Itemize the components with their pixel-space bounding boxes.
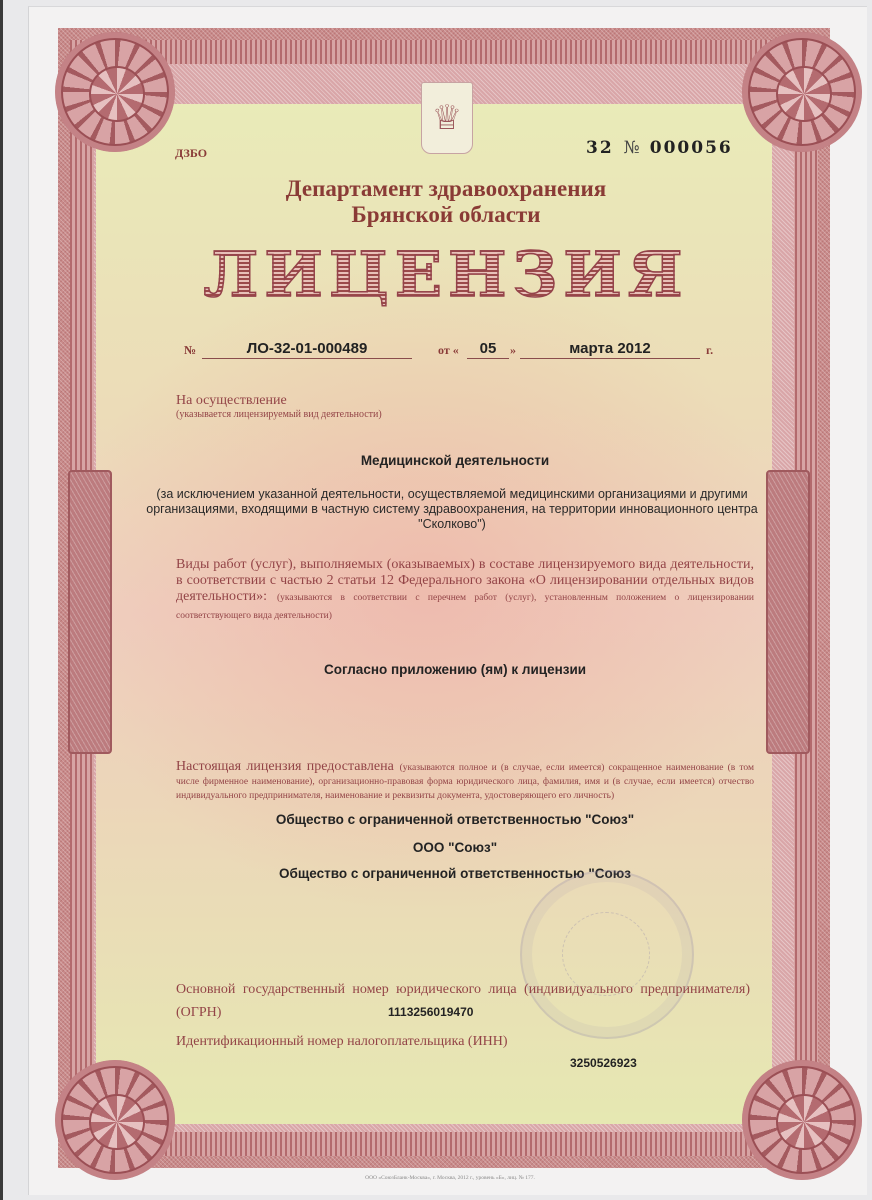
licensee-brand-name: Общество с ограниченной ответственностью… bbox=[160, 866, 750, 881]
granted-section: Настоящая лицензия предоставлена (указыв… bbox=[176, 760, 754, 802]
document-title: ЛИЦЕНЗИЯ bbox=[160, 238, 732, 311]
granted-label: Настоящая лицензия предоставлена bbox=[176, 759, 394, 774]
licensee-full-name: Общество с ограниченной ответственностью… bbox=[160, 812, 750, 827]
activity-exception: (за исключением указанной деятельности, … bbox=[146, 487, 758, 532]
date-suffix: г. bbox=[706, 343, 713, 358]
date-day-underline bbox=[467, 357, 509, 359]
works-section: Виды работ (услуг), выполняемых (оказыва… bbox=[176, 556, 754, 624]
serial-region: 32 bbox=[586, 138, 614, 158]
date-from-label: от « bbox=[438, 343, 459, 358]
coat-of-arms-icon: ♕ bbox=[421, 82, 473, 154]
left-side-panel bbox=[68, 470, 112, 754]
date-month-underline bbox=[520, 357, 700, 359]
works-value: Согласно приложению (ям) к лицензии bbox=[160, 662, 750, 677]
license-number-label: № bbox=[184, 343, 196, 358]
inn-label: Идентификационный номер налогоплательщик… bbox=[176, 1034, 508, 1050]
rosette-top-right-icon bbox=[742, 32, 862, 152]
ogrn-value: 1113256019470 bbox=[388, 1005, 473, 1019]
rosette-bottom-right-icon bbox=[742, 1060, 862, 1180]
printer-note: ООО «СоюзБланк-Москва», г. Москва, 2012 … bbox=[300, 1175, 600, 1181]
issuer-name: Департамент здравоохранения Брянской обл… bbox=[160, 176, 732, 228]
licensee-short-name: ООО "Союз" bbox=[160, 840, 750, 855]
issuer-name-line1: Департамент здравоохранения bbox=[160, 176, 732, 202]
activity-value: Медицинской деятельности bbox=[160, 453, 750, 468]
date-day: 05 bbox=[467, 340, 509, 357]
date-day-close: » bbox=[510, 343, 516, 358]
issuer-name-line2: Брянской области bbox=[160, 202, 732, 228]
activity-hint: (указывается лицензируемый вид деятельно… bbox=[176, 409, 382, 420]
scan-edge bbox=[0, 0, 3, 1200]
activity-label: На осуществление bbox=[176, 393, 287, 409]
number-sign: № bbox=[624, 138, 640, 158]
license-number-row: № ЛО-32-01-000489 от « 05 » марта 2012 г… bbox=[184, 338, 724, 362]
rosette-bottom-left-icon bbox=[55, 1060, 175, 1180]
inn-value: 3250526923 bbox=[570, 1056, 637, 1070]
right-side-panel bbox=[766, 470, 810, 754]
date-month-year: марта 2012 bbox=[520, 340, 700, 357]
serial-number: 000056 bbox=[650, 138, 733, 158]
license-number-underline bbox=[202, 357, 412, 359]
issuer-code: ДЗБО bbox=[175, 146, 207, 161]
form-serial-number: 32№000056 bbox=[586, 138, 733, 158]
rosette-top-left-icon bbox=[55, 32, 175, 152]
license-number: ЛО-32-01-000489 bbox=[202, 340, 412, 357]
